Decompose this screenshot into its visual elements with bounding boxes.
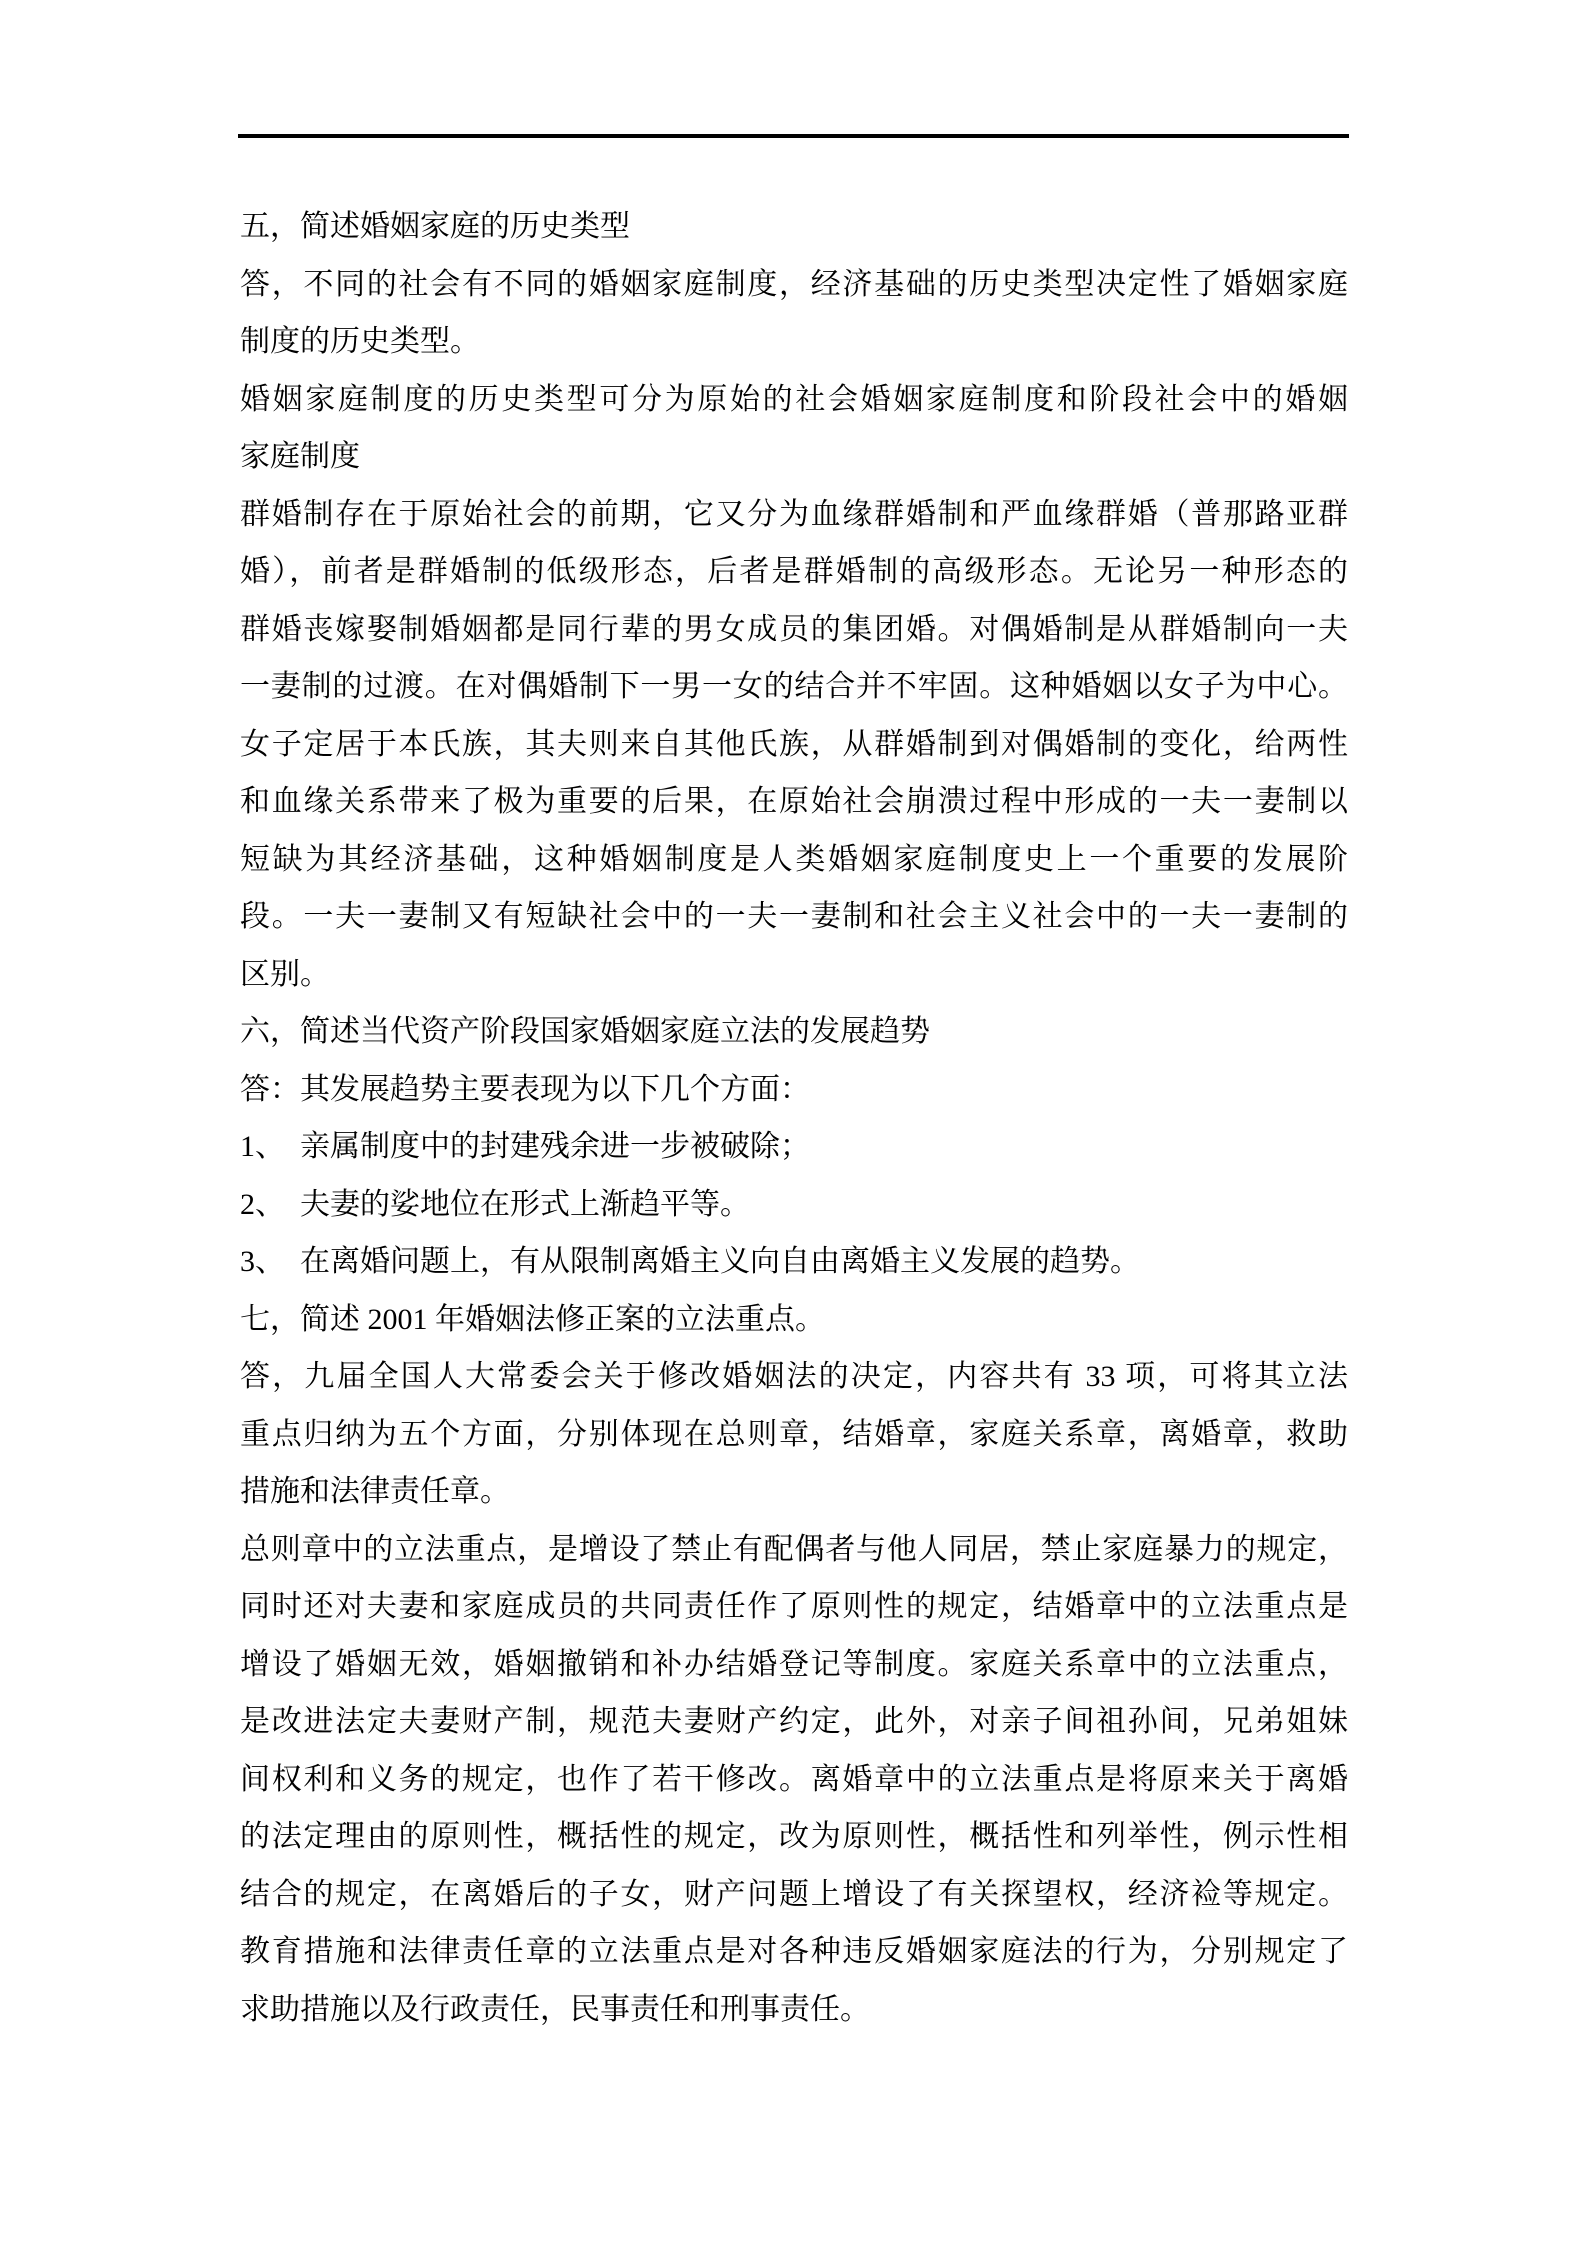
text-line: 3、 在离婚问题上，有从限制离婚主义向自由离婚主义发展的趋势。: [240, 1233, 1348, 1291]
text-line: 婚姻家庭制度的历史类型可分为原始的社会婚姻家庭制度和阶段社会中的婚姻: [240, 371, 1348, 429]
text-line: 答，不同的社会有不同的婚姻家庭制度，经济基础的历史类型决定性了婚姻家庭: [240, 256, 1348, 314]
text-line: 六，简述当代资产阶段国家婚姻家庭立法的发展趋势: [240, 1003, 1348, 1061]
text-line: 短缺为其经济基础，这种婚姻制度是人类婚姻家庭制度史上一个重要的发展阶: [240, 831, 1348, 889]
text-line: 和血缘关系带来了极为重要的后果，在原始社会崩溃过程中形成的一夫一妻制以: [240, 773, 1348, 831]
text-line: 女子定居于本氏族，其夫则来自其他氏族，从群婚制到对偶婚制的变化，给两性: [240, 716, 1348, 774]
text-line: 间权利和义务的规定，也作了若干修改。离婚章中的立法重点是将原来关于离婚: [240, 1751, 1348, 1809]
text-line: 制度的历史类型。: [240, 313, 1348, 371]
text-line: 段。一夫一妻制又有短缺社会中的一夫一妻制和社会主义社会中的一夫一妻制的: [240, 888, 1348, 946]
text-line: 一妻制的过渡。在对偶婚制下一男一女的结合并不牢固。这种婚姻以女子为中心。: [240, 658, 1348, 716]
text-line: 答，九届全国人大常委会关于修改婚姻法的决定，内容共有 33 项，可将其立法: [240, 1348, 1348, 1406]
text-line: 婚），前者是群婚制的低级形态，后者是群婚制的高级形态。无论另一种形态的: [240, 543, 1348, 601]
text-line: 答：其发展趋势主要表现为以下几个方面：: [240, 1061, 1348, 1119]
text-line: 家庭制度: [240, 428, 1348, 486]
text-line: 2、 夫妻的娑地位在形式上渐趋平等。: [240, 1176, 1348, 1234]
text-line: 七，简述 2001 年婚姻法修正案的立法重点。: [240, 1291, 1348, 1349]
text-line: 群婚制存在于原始社会的前期，它又分为血缘群婚制和严血缘群婚（普那路亚群: [240, 486, 1348, 544]
text-line: 的法定理由的原则性，概括性的规定，改为原则性，概括性和列举性，例示性相: [240, 1808, 1348, 1866]
text-line: 重点归纳为五个方面，分别体现在总则章，结婚章，家庭关系章，离婚章，救助: [240, 1406, 1348, 1464]
text-line: 同时还对夫妻和家庭成员的共同责任作了原则性的规定，结婚章中的立法重点是: [240, 1578, 1348, 1636]
text-line: 教育措施和法律责任章的立法重点是对各种违反婚姻家庭法的行为，分别规定了: [240, 1923, 1348, 1981]
header-rule: [238, 134, 1349, 138]
text-line: 结合的规定，在离婚后的子女，财产问题上增设了有关探望权，经济裣等规定。: [240, 1866, 1348, 1924]
text-line: 区别。: [240, 946, 1348, 1004]
text-line: 1、 亲属制度中的封建残余进一步被破除；: [240, 1118, 1348, 1176]
text-line: 增设了婚姻无效，婚姻撤销和补办结婚登记等制度。家庭关系章中的立法重点，: [240, 1636, 1348, 1694]
text-line: 是改进法定夫妻财产制，规范夫妻财产约定，此外，对亲子间祖孙间，兄弟姐妹: [240, 1693, 1348, 1751]
text-line: 群婚丧嫁娶制婚姻都是同行辈的男女成员的集团婚。对偶婚制是从群婚制向一夫: [240, 601, 1348, 659]
text-line: 五，简述婚姻家庭的历史类型: [240, 198, 1348, 256]
text-line: 求助措施以及行政责任，民事责任和刑事责任。: [240, 1981, 1348, 2039]
document-page: 五，简述婚姻家庭的历史类型答，不同的社会有不同的婚姻家庭制度，经济基础的历史类型…: [0, 0, 1587, 2245]
text-line: 总则章中的立法重点，是增设了禁止有配偶者与他人同居，禁止家庭暴力的规定，: [240, 1521, 1348, 1579]
text-line: 措施和法律责任章。: [240, 1463, 1348, 1521]
document-body: 五，简述婚姻家庭的历史类型答，不同的社会有不同的婚姻家庭制度，经济基础的历史类型…: [240, 198, 1348, 2038]
